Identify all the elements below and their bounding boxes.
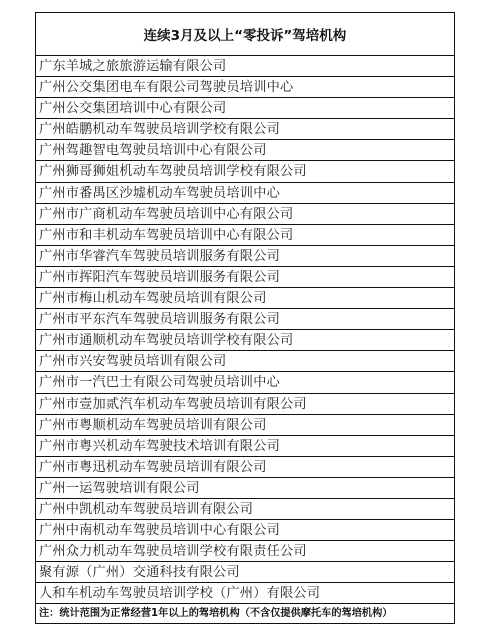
table-row: 广州市通顺机动车驾驶员培训学校有限公司 — [36, 330, 454, 351]
table-row: 广州众力机动车驾驶员培训学校有限责任公司 — [36, 541, 454, 562]
table-row: 广州皓鹏机动车驾驶员培训学校有限公司 — [36, 119, 454, 140]
table-row: 广州市壹加贰汽车机动车驾驶员培训有限公司 — [36, 394, 454, 415]
table-row: 广州市和丰机动车驾驶员培训中心有限公司 — [36, 225, 454, 246]
table-row: 广州一运驾驶培训有限公司 — [36, 478, 454, 499]
table-row: 广州市粤迅机动车驾驶员培训有限公司 — [36, 457, 454, 478]
table-row: 广州市番禺区沙墟机动车驾驶员培训中心 — [36, 183, 454, 204]
table-row: 广州公交集团电车有限公司驾驶员培训中心 — [36, 77, 454, 98]
table-row: 广州市兴安驾驶员培训有限公司 — [36, 351, 454, 372]
zero-complaint-table: 连续3月及以上“零投诉”驾培机构 广东羊城之旅旅游运输有限公司 广州公交集团电车… — [35, 12, 455, 624]
table-row: 广州市一汽巴士有限公司驾驶员培训中心 — [36, 372, 454, 393]
table-row: 广州市挥阳汽车驾驶员培训服务有限公司 — [36, 267, 454, 288]
table-row: 广州市平东汽车驾驶员培训服务有限公司 — [36, 309, 454, 330]
table-row: 广州市梅山机动车驾驶员培训有限公司 — [36, 288, 454, 309]
table-footnote: 注：统计范围为正常经营1年以上的驾培机构（不含仅提供摩托车的驾培机构） — [36, 604, 454, 623]
table-row: 广州狮哥狮姐机动车驾驶员培训学校有限公司 — [36, 161, 454, 182]
table-row: 人和车机动车驾驶员培训学校（广州）有限公司 — [36, 583, 454, 604]
table-title: 连续3月及以上“零投诉”驾培机构 — [36, 13, 454, 56]
table-row: 广州驾趣智电驾驶员培训中心有限公司 — [36, 140, 454, 161]
table-row: 广州市广商机动车驾驶员培训中心有限公司 — [36, 204, 454, 225]
table-row: 广州公交集团培训中心有限公司 — [36, 98, 454, 119]
table-row: 广州市华睿汽车驾驶员培训服务有限公司 — [36, 246, 454, 267]
table-row: 广州中南机动车驾驶员培训中心有限公司 — [36, 520, 454, 541]
table-row: 广州市粤顺机动车驾驶员培训有限公司 — [36, 415, 454, 436]
table-row: 广州中凯机动车驾驶员培训有限公司 — [36, 499, 454, 520]
table-row: 广东羊城之旅旅游运输有限公司 — [36, 56, 454, 77]
table-row: 聚有源（广州）交通科技有限公司 — [36, 562, 454, 583]
table-row: 广州市粤兴机动车驾驶技术培训有限公司 — [36, 436, 454, 457]
